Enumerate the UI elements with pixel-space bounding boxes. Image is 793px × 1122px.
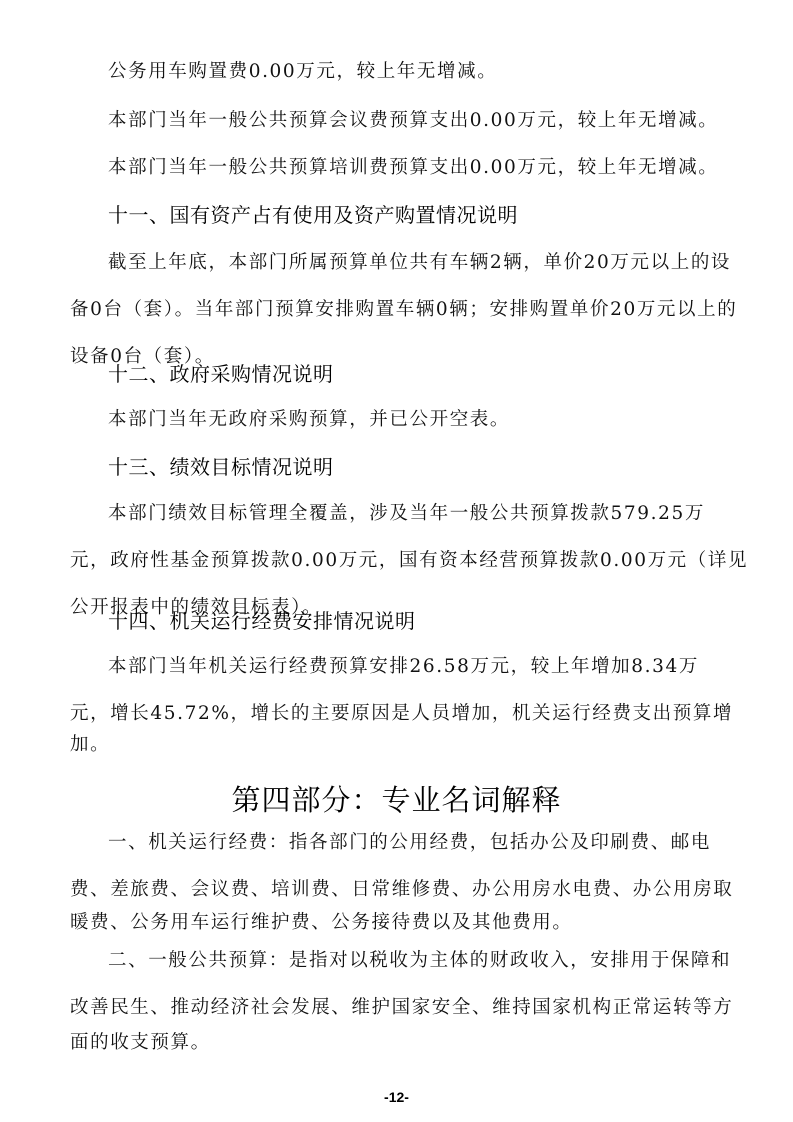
heading-state-assets: 十一、国有资产占有使用及资产购置情况说明 bbox=[0, 203, 793, 227]
assets-line-2: 备0台（套）。当年部门预算安排购置车辆0辆；安排购置单价20万元以上的 bbox=[0, 298, 793, 322]
operating-line-2: 元，增长45.72%，增长的主要原因是人员增加，机关运行经费支出预算增 bbox=[0, 702, 793, 726]
paragraph-meeting-fee: 本部门当年一般公共预算会议费预算支出0.00万元，较上年无增减。 bbox=[0, 109, 793, 133]
definition-1-line-2: 费、差旅费、会议费、培训费、日常维修费、办公用房水电费、办公用房取 bbox=[0, 878, 793, 902]
procurement-line-1: 本部门当年无政府采购预算，并已公开空表。 bbox=[0, 408, 793, 432]
definition-2-line-2: 改善民生、推动经济社会发展、维护国家安全、维持国家机构正常运转等方 bbox=[0, 996, 793, 1020]
document-page: 公务用车购置费0.00万元，较上年无增减。 本部门当年一般公共预算会议费预算支出… bbox=[0, 0, 793, 1122]
operating-line-3: 加。 bbox=[0, 733, 793, 757]
performance-line-2: 元，政府性基金预算拨款0.00万元，国有资本经营预算拨款0.00万元（详见 bbox=[0, 549, 793, 573]
heading-performance-targets: 十三、绩效目标情况说明 bbox=[0, 455, 793, 479]
operating-line-1: 本部门当年机关运行经费预算安排26.58万元，较上年增加8.34万 bbox=[0, 655, 793, 679]
performance-line-1: 本部门绩效目标管理全覆盖，涉及当年一般公共预算拨款579.25万 bbox=[0, 502, 793, 526]
heading-government-procurement: 十二、政府采购情况说明 bbox=[0, 362, 793, 386]
definition-2-line-3: 面的收支预算。 bbox=[0, 1031, 793, 1055]
page-number: -12- bbox=[0, 1089, 793, 1105]
definition-1-line-3: 暖费、公务用车运行维护费、公务接待费以及其他费用。 bbox=[0, 911, 793, 935]
assets-line-1: 截至上年底，本部门所属预算单位共有车辆2辆，单价20万元以上的设 bbox=[0, 251, 793, 275]
part-title: 第四部分：专业名词解释 bbox=[0, 782, 793, 818]
paragraph-vehicle-purchase: 公务用车购置费0.00万元，较上年无增减。 bbox=[0, 60, 793, 84]
definition-1-line-1: 一、机关运行经费：指各部门的公用经费，包括办公及印刷费、邮电 bbox=[0, 831, 793, 855]
definition-2-line-1: 二、一般公共预算：是指对以税收为主体的财政收入，安排用于保障和 bbox=[0, 949, 793, 973]
heading-operating-expenses: 十四、机关运行经费安排情况说明 bbox=[0, 609, 793, 633]
paragraph-training-fee: 本部门当年一般公共预算培训费预算支出0.00万元，较上年无增减。 bbox=[0, 156, 793, 180]
